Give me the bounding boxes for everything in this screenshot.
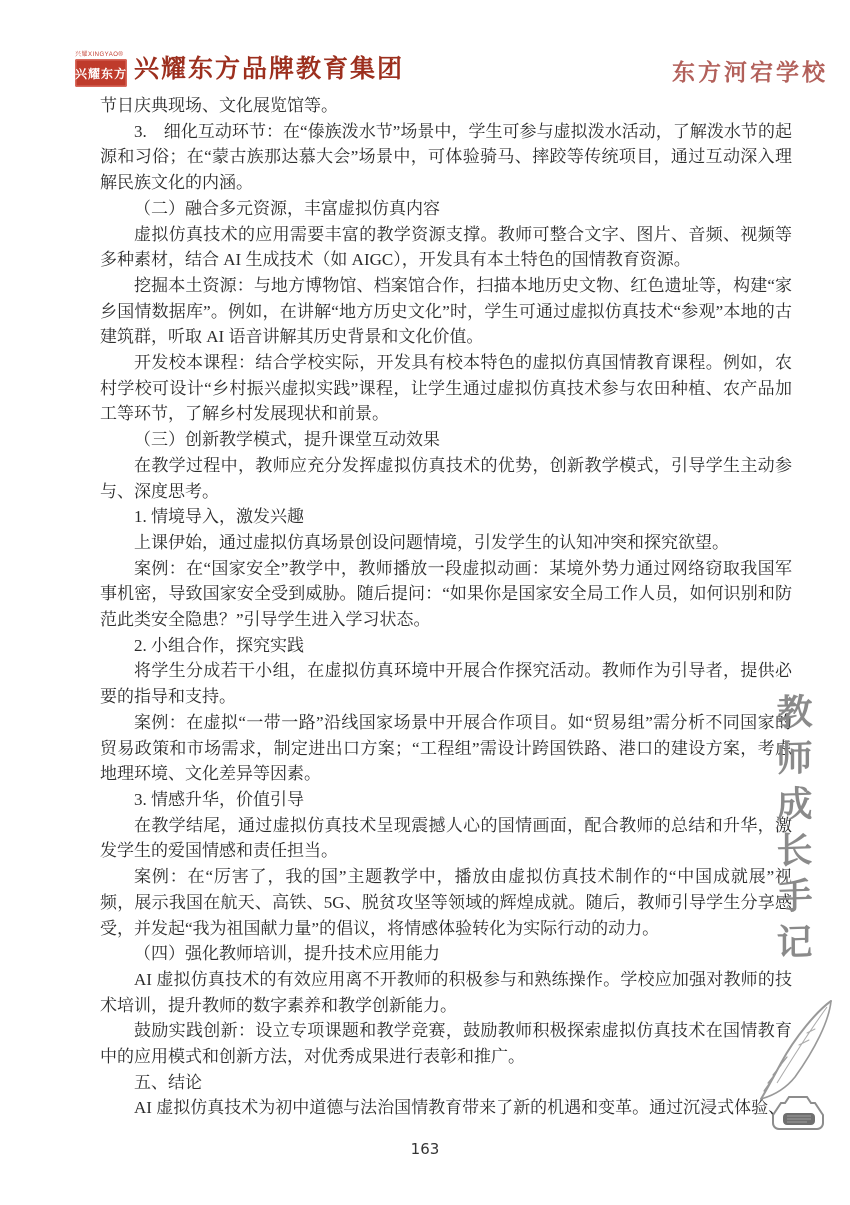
school-name: 东方河宕学校: [672, 56, 828, 90]
brand-group: 兴耀XINGYAO® 兴耀东方 兴耀东方品牌教育集团: [75, 52, 404, 87]
section-heading: （二）融合多元资源，丰富虚拟仿真内容: [100, 196, 792, 222]
calligraphy-watermark: 教师成长手记: [770, 692, 814, 970]
page-number: 163: [0, 1140, 850, 1158]
paragraph: AI 虚拟仿真技术为初中道德与法治国情教育带来了新的机遇和变革。通过沉浸式体验、: [100, 1095, 792, 1121]
sub-heading: 2. 小组合作，探究实践: [100, 633, 792, 659]
brand-title: 兴耀东方品牌教育集团: [134, 53, 404, 87]
quill-pen-icon: [743, 995, 845, 1137]
brand-seal-icon: 兴耀东方: [75, 59, 127, 87]
section-heading: （四）强化教师培训，提升技术应用能力: [100, 941, 792, 967]
sub-heading: 3. 情感升华，价值引导: [100, 787, 792, 813]
paragraph: 节日庆典现场、文化展览馆等。: [100, 93, 792, 119]
section-heading: （三）创新教学模式，提升课堂互动效果: [100, 427, 792, 453]
paragraph: 将学生分成若干小组，在虚拟仿真环境中开展合作探究活动。教师作为引导者，提供必要的…: [100, 658, 792, 709]
paragraph: 案例：在“厉害了，我的国”主题教学中，播放由虚拟仿真技术制作的“中国成就展”视频…: [100, 864, 792, 941]
sub-heading: 1. 情境导入，激发兴趣: [100, 504, 792, 530]
brand-logo: 兴耀XINGYAO® 兴耀东方: [75, 52, 127, 87]
page-header: 兴耀XINGYAO® 兴耀东方 兴耀东方品牌教育集团 东方河宕学校: [75, 52, 828, 90]
document-body: 节日庆典现场、文化展览馆等。 3. 细化互动环节：在“傣族泼水节”场景中，学生可…: [100, 93, 792, 1121]
paragraph: 上课伊始，通过虚拟仿真场景创设问题情境，引发学生的认知冲突和探究欲望。: [100, 530, 792, 556]
paragraph: 3. 细化互动环节：在“傣族泼水节”场景中，学生可参与虚拟泼水活动，了解泼水节的…: [100, 119, 792, 196]
paragraph: 案例：在“国家安全”教学中，教师播放一段虚拟动画：某境外势力通过网络窃取我国军事…: [100, 556, 792, 633]
paragraph: 在教学结尾，通过虚拟仿真技术呈现震撼人心的国情画面，配合教师的总结和升华，激发学…: [100, 813, 792, 864]
paragraph: 挖掘本土资源：与地方博物馆、档案馆合作，扫描本地历史文物、红色遗址等，构建“家乡…: [100, 273, 792, 350]
paragraph: 案例：在虚拟“一带一路”沿线国家场景中开展合作项目。如“贸易组”需分析不同国家的…: [100, 710, 792, 787]
paragraph: 开发校本课程：结合学校实际，开发具有校本特色的虚拟仿真国情教育课程。例如，农村学…: [100, 350, 792, 427]
document-page: 兴耀XINGYAO® 兴耀东方 兴耀东方品牌教育集团 东方河宕学校 节日庆典现场…: [0, 0, 850, 1205]
paragraph: 在教学过程中，教师应充分发挥虚拟仿真技术的优势，创新教学模式，引导学生主动参与、…: [100, 453, 792, 504]
section-heading: 五、结论: [100, 1070, 792, 1096]
paragraph: 虚拟仿真技术的应用需要丰富的教学资源支撑。教师可整合文字、图片、音频、视频等多种…: [100, 222, 792, 273]
paragraph: AI 虚拟仿真技术的有效应用离不开教师的积极参与和熟练操作。学校应加强对教师的技…: [100, 967, 792, 1018]
brand-logo-small-text: 兴耀XINGYAO®: [75, 52, 123, 59]
paragraph: 鼓励实践创新：设立专项课题和教学竞赛，鼓励教师积极探索虚拟仿真技术在国情教育中的…: [100, 1018, 792, 1069]
